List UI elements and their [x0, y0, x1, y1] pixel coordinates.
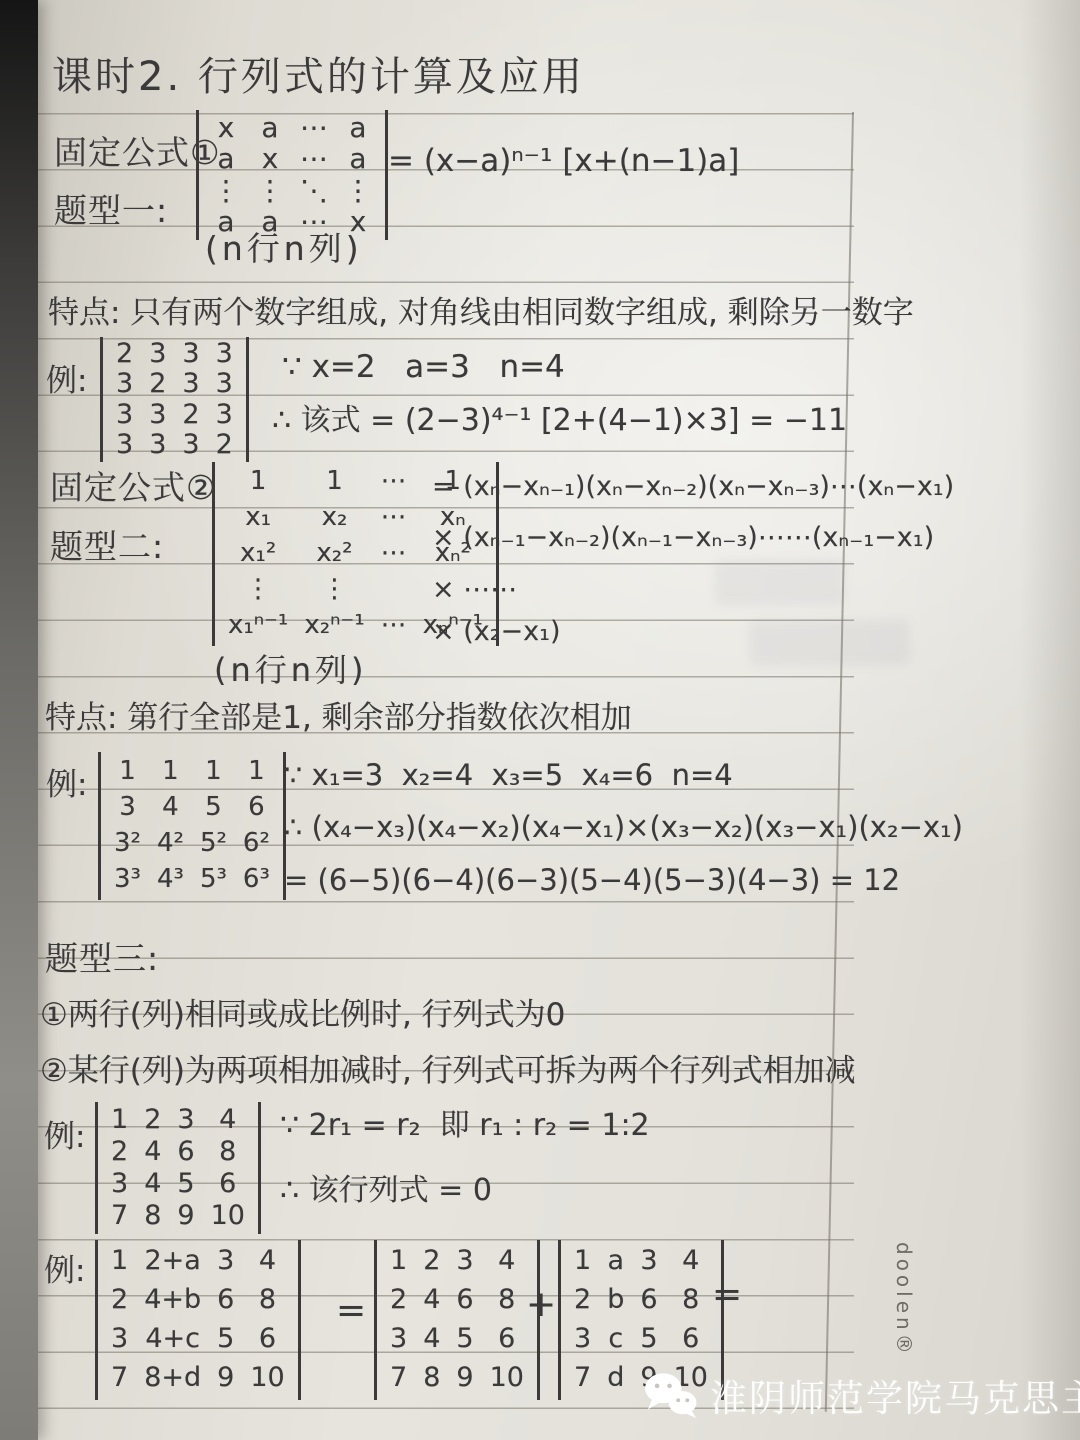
matrix-row: xa⋯a [204, 112, 380, 143]
matrix-cell: 5 [169, 1168, 202, 1200]
matrix-cell: 3 [108, 400, 141, 430]
matrix-cell: 4 [415, 1281, 448, 1320]
ink-bleed-through [750, 620, 910, 665]
matrix-cell: ⋯ [292, 143, 336, 174]
matrix-cell: 3 [103, 1168, 136, 1200]
formula1-feature: 特点: 只有两个数字组成, 对角线由相同数字组成, 剩除另一数字 [48, 294, 914, 333]
matrix-cell: 9 [209, 1359, 242, 1398]
matrix-cell: 3 [169, 1104, 202, 1136]
matrix-cell: 2 [103, 1281, 136, 1320]
matrix-cell: 3 [103, 1320, 136, 1359]
wechat-icon [642, 1371, 700, 1419]
example4-plus: + [526, 1282, 556, 1327]
matrix-row: 2333 [108, 339, 241, 369]
matrix-cell: 6 [632, 1281, 665, 1320]
matrix-cell: 6 [209, 1281, 242, 1320]
matrix-cell: 4² [149, 826, 192, 862]
book-spine-edge [0, 0, 38, 1440]
matrix-cell: 9 [448, 1359, 481, 1398]
matrix-cell: 3 [208, 400, 241, 430]
matrix-cell: 4 [136, 1168, 169, 1200]
matrix-row: 2468 [382, 1281, 532, 1320]
matrix-cell: 3² [106, 826, 149, 862]
matrix-row: 3c56 [566, 1320, 716, 1359]
matrix-row: 24+b68 [103, 1281, 293, 1320]
matrix-row: 3²4²5²6² [106, 826, 278, 862]
matrix-cell: 1 [103, 1104, 136, 1136]
notebook-brand-text: doolen® [892, 1242, 916, 1358]
matrix-cell: ⋯ [373, 464, 415, 500]
matrix-cell: 1 [296, 464, 372, 500]
matrix-cell: 3 [141, 339, 174, 369]
type3-rule-2: ②某行(列)为两项相加减时, 行列式可拆为两个行列式相加减 [40, 1052, 856, 1091]
example1-therefore: ∴ 该式 = (2−3)⁴⁻¹ [2+(4−1)×3] = −11 [272, 402, 847, 440]
formula2-feature: 特点: 第行全部是1, 剩余部分指数依次相加 [45, 699, 632, 738]
matrix-cell: 5 [632, 1320, 665, 1359]
matrix-cell: 2 [208, 430, 241, 460]
matrix-cell: ⋯ [373, 500, 415, 536]
example3-label: 例: [44, 1118, 85, 1157]
matrix-cell: 2 [415, 1242, 448, 1281]
matrix-cell: 4 [203, 1104, 253, 1136]
matrix-cell: 2 [103, 1136, 136, 1168]
matrix-cell: 4³ [149, 862, 192, 898]
matrix-cell: 3 [108, 430, 141, 460]
matrix-cell: 7 [566, 1359, 599, 1398]
matrix-cell: 4+c [136, 1320, 209, 1359]
matrix-cell: 4 [666, 1242, 716, 1281]
matrix-row: 3323 [108, 400, 241, 430]
example2-therefore: ∴ (x₄−x₃)(x₄−x₂)(x₄−x₁)×(x₃−x₂)(x₃−x₁)(x… [284, 809, 963, 845]
matrix-cell: ⋮ [220, 572, 296, 608]
matrix-cell: x₁ⁿ⁻¹ [220, 608, 296, 644]
matrix-cell: 2 [141, 369, 174, 399]
matrix-row: 78910 [382, 1359, 532, 1398]
matrix-row: 3332 [108, 430, 241, 460]
matrix-cell: 4+b [136, 1281, 209, 1320]
matrix-cell: 8 [482, 1281, 532, 1320]
example4-determinant-b: 12342468345678910 [374, 1240, 540, 1400]
matrix-cell: 3 [382, 1320, 415, 1359]
matrix-cell: 5³ [192, 862, 235, 898]
matrix-cell: ⋮ [204, 175, 248, 206]
matrix-cell: 2+a [136, 1242, 209, 1281]
formula1-determinant: xa⋯aax⋯a⋮⋮⋱⋮aa⋯x [196, 110, 388, 240]
matrix-row: 1a34 [566, 1242, 716, 1281]
matrix-cell: 3 [174, 339, 207, 369]
watermark: 淮阴师范学院马克思主义学院 [642, 1368, 1080, 1422]
example3-because: ∵ 2r₁ = r₂ 即 r₁ : r₂ = 1:2 [280, 1107, 650, 1145]
problem-type-2-label: 题型二: [50, 526, 164, 567]
matrix-cell: 9 [169, 1200, 202, 1232]
matrix-row: 2b68 [566, 1281, 716, 1320]
matrix-cell: a [336, 112, 380, 143]
matrix-cell: ⋯ [292, 112, 336, 143]
matrix-cell: 4 [482, 1242, 532, 1281]
example2-label: 例: [46, 766, 87, 805]
matrix-cell: 7 [103, 1200, 136, 1232]
formula2-result-line3: × ⋯⋯ [432, 573, 517, 607]
matrix-cell: 3 [141, 400, 174, 430]
matrix-cell: 7 [382, 1359, 415, 1398]
matrix-cell: 1 [106, 754, 149, 790]
matrix-cell: 6 [203, 1168, 253, 1200]
matrix-cell: 1 [566, 1242, 599, 1281]
matrix-row: 34+c56 [103, 1320, 293, 1359]
matrix-cell: ⋮ [248, 175, 292, 206]
formula2-result-line1: = (xₙ−xₙ₋₁)(xₙ−xₙ₋₂)(xₙ−xₙ₋₃)⋯(xₙ−x₁) [432, 470, 954, 504]
matrix-row: 3456 [106, 790, 278, 826]
matrix-cell: 2 [382, 1281, 415, 1320]
matrix-cell: 5 [192, 790, 235, 826]
matrix-row: 1234 [103, 1104, 253, 1136]
example4-equals-a: = [336, 1288, 366, 1333]
matrix-cell: c [599, 1320, 632, 1359]
matrix-cell: 1 [220, 464, 296, 500]
matrix-cell: 6 [448, 1281, 481, 1320]
matrix-row: 3456 [103, 1168, 253, 1200]
matrix-cell: x₁ [220, 500, 296, 536]
matrix-cell: ⋮ [296, 572, 372, 608]
matrix-cell: 4 [149, 790, 192, 826]
matrix-cell: 6³ [235, 862, 278, 898]
matrix-cell: 3 [566, 1320, 599, 1359]
matrix-cell: x₂² [296, 536, 372, 572]
matrix-cell: 5 [448, 1320, 481, 1359]
matrix-row: ⋮⋮⋱⋮ [204, 175, 380, 206]
matrix-cell: 3 [448, 1242, 481, 1281]
matrix-cell: 1 [235, 754, 278, 790]
watermark-text: 淮阴师范学院马克思主义学院 [710, 1368, 1080, 1422]
matrix-cell: ⋯ [373, 608, 415, 644]
lesson-title: 课时2. 行列式的计算及应用 [52, 52, 585, 102]
formula2-size-note: (n行n列) [214, 650, 368, 690]
matrix-cell: 2 [136, 1104, 169, 1136]
matrix-cell: 8 [242, 1281, 292, 1320]
matrix-cell: 6 [482, 1320, 532, 1359]
example1-label: 例: [46, 362, 87, 401]
matrix-cell: 6² [235, 826, 278, 862]
matrix-cell: 3³ [106, 862, 149, 898]
matrix-cell: 6 [666, 1320, 716, 1359]
matrix-row: ax⋯a [204, 143, 380, 174]
matrix-cell: 6 [169, 1136, 202, 1168]
matrix-cell: a [204, 143, 248, 174]
formula1-size-note: (n行n列) [205, 228, 363, 269]
notebook-brand: doolen® [916, 1242, 1032, 1266]
matrix-cell: 4 [415, 1320, 448, 1359]
matrix-cell: 1 [192, 754, 235, 790]
notebook-page: 课时2. 行列式的计算及应用 固定公式① 题型一: xa⋯aax⋯a⋮⋮⋱⋮aa… [0, 0, 1080, 1440]
matrix-cell: 3 [208, 369, 241, 399]
formula1-result: = (x−a)ⁿ⁻¹ [x+(n−1)a] [388, 142, 739, 181]
matrix-cell: 1 [382, 1242, 415, 1281]
matrix-row: 2468 [103, 1136, 253, 1168]
matrix-row: 3233 [108, 369, 241, 399]
matrix-row: 78+d910 [103, 1359, 293, 1398]
example2-determinant: 111134563²4²5²6²3³4³5³6³ [98, 752, 286, 900]
matrix-cell [373, 572, 415, 608]
matrix-row: 12+a34 [103, 1242, 293, 1281]
matrix-cell: x [204, 112, 248, 143]
problem-type-3-label: 题型三: [45, 938, 159, 979]
matrix-cell: 2 [108, 339, 141, 369]
matrix-cell: ⋮ [336, 175, 380, 206]
matrix-row: 78910 [103, 1200, 253, 1232]
matrix-row: 3456 [382, 1320, 532, 1359]
matrix-cell: x [248, 143, 292, 174]
matrix-row: 3³4³5³6³ [106, 862, 278, 898]
matrix-cell: 3 [174, 430, 207, 460]
ink-bleed-through [715, 560, 845, 605]
matrix-cell: 7 [103, 1359, 136, 1398]
matrix-cell: a [248, 112, 292, 143]
example4-label: 例: [44, 1252, 85, 1291]
matrix-cell: 2 [174, 400, 207, 430]
matrix-cell: 10 [203, 1200, 253, 1232]
matrix-cell: 4 [242, 1242, 292, 1281]
matrix-cell: 5 [209, 1320, 242, 1359]
example3-therefore: ∴ 该行列式 = 0 [280, 1172, 492, 1210]
matrix-cell: 1 [103, 1242, 136, 1281]
problem-type-1-label: 题型一: [54, 190, 168, 231]
matrix-cell: 10 [242, 1359, 292, 1398]
matrix-cell: 3 [106, 790, 149, 826]
example2-because: ∵ x₁=3 x₂=4 x₃=5 x₄=6 n=4 [284, 757, 733, 793]
example2-result: = (6−5)(6−4)(6−3)(5−4)(5−3)(4−3) = 12 [284, 862, 900, 898]
matrix-cell: 10 [482, 1359, 532, 1398]
matrix-cell: a [599, 1242, 632, 1281]
matrix-cell: ⋯ [373, 536, 415, 572]
matrix-cell: 2 [566, 1281, 599, 1320]
matrix-cell: b [599, 1281, 632, 1320]
matrix-cell: 6 [242, 1320, 292, 1359]
matrix-cell: x₂ⁿ⁻¹ [296, 608, 372, 644]
page-curve-shadow [1020, 0, 1080, 1440]
matrix-row: 1234 [382, 1242, 532, 1281]
matrix-cell: ⋱ [292, 175, 336, 206]
matrix-cell: 3 [174, 369, 207, 399]
matrix-cell: d [599, 1359, 632, 1398]
matrix-cell: 3 [108, 369, 141, 399]
matrix-cell: 8 [136, 1200, 169, 1232]
matrix-cell: 8 [666, 1281, 716, 1320]
matrix-cell: 6 [235, 790, 278, 826]
matrix-cell: x₂ [296, 500, 372, 536]
example4-equals-b: = [712, 1272, 742, 1317]
matrix-cell: 3 [209, 1242, 242, 1281]
matrix-cell: x₁² [220, 536, 296, 572]
matrix-cell: 3 [141, 430, 174, 460]
example1-determinant: 2333323333233332 [100, 337, 249, 462]
matrix-cell: 3 [632, 1242, 665, 1281]
formula2-result-line4: × (x₂−x₁) [432, 615, 561, 649]
matrix-cell: a [336, 143, 380, 174]
formula2-result-line2: × (xₙ₋₁−xₙ₋₂)(xₙ₋₁−xₙ₋₃)⋯⋯(xₙ₋₁−x₁) [432, 521, 934, 555]
type3-rule-1: ①两行(列)相同或成比例时, 行列式为0 [40, 996, 565, 1035]
example1-because: ∵ x=2 a=3 n=4 [282, 348, 565, 387]
matrix-cell: 4 [136, 1136, 169, 1168]
matrix-cell: 8+d [136, 1359, 209, 1398]
example4-determinant-a: 12+a3424+b6834+c5678+d910 [95, 1240, 301, 1400]
matrix-cell: 3 [208, 339, 241, 369]
matrix-cell: 8 [415, 1359, 448, 1398]
matrix-row: 1111 [106, 754, 278, 790]
matrix-cell: 5² [192, 826, 235, 862]
example3-determinant: 12342468345678910 [95, 1102, 261, 1234]
matrix-cell: 8 [203, 1136, 253, 1168]
fixed-formula-2-label: 固定公式② [50, 467, 217, 508]
matrix-cell: 1 [149, 754, 192, 790]
